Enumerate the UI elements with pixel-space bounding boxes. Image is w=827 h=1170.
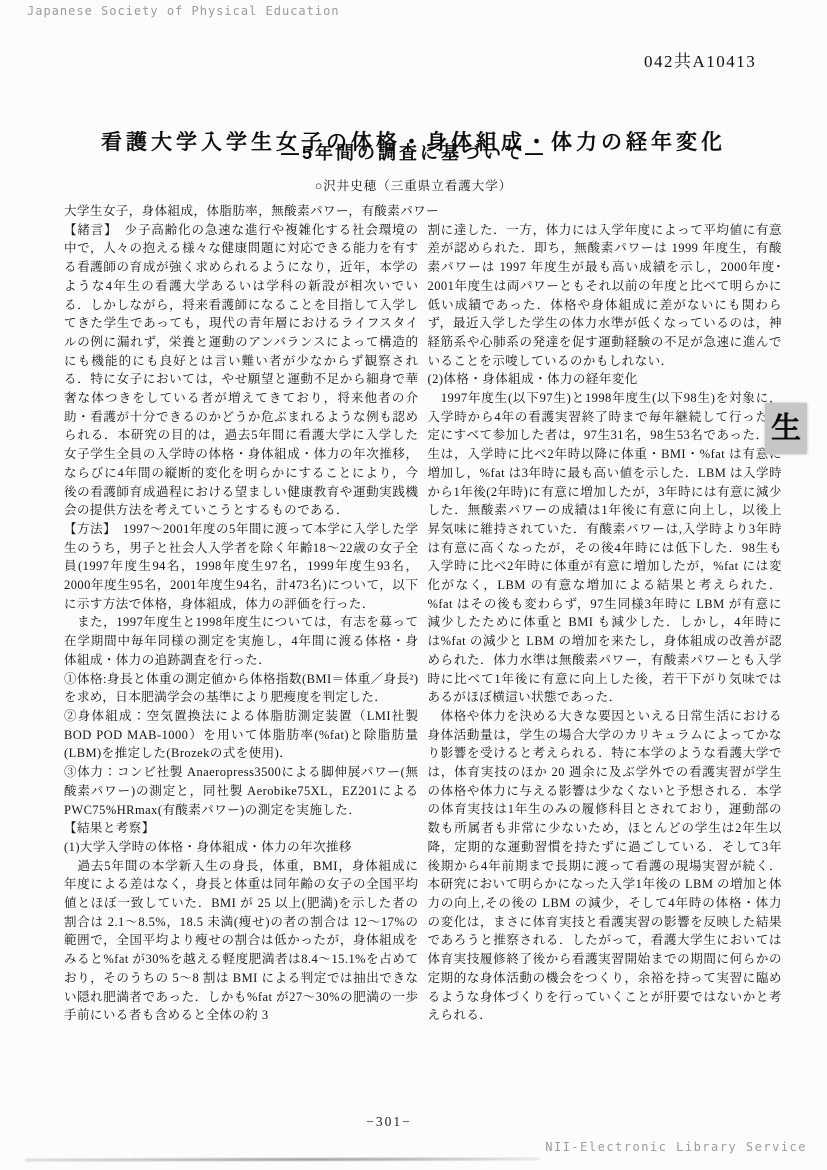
abstract-body: 大学生女子，身体組成，体脂肪率，無酸素パワー，有酸素パワー 【緒言】 少子高齢化… [64, 202, 782, 1025]
document-number: 042共A10413 [644, 47, 756, 72]
index-tab: 生 [765, 403, 807, 454]
scan-smudge [25, 1157, 540, 1161]
paragraph: 【方法】 1997～2001年度の5年間に渡って本学に入学した学生のうち，男子と… [64, 520, 419, 614]
paragraph: ①体格:身長と体重の測定値から体格指数(BMI＝体重／身長²)を求め，日本肥満学… [64, 670, 419, 707]
paragraph: 割に達した．一方，体力には入学年度によって平均値に有意差が認められた．即ち，無酸… [428, 221, 783, 371]
paragraph: 体格や体力を決める大きな要因といえる日常生活における身体活動量は，学生の場合大学… [428, 707, 783, 1025]
left-column-paragraphs: 【緒言】 少子高齢化の急速な進行や複雑化する社会環境の中で，人々の抱える様々な健… [64, 221, 419, 1025]
paragraph: (1)大学入学時の体格・身体組成・体力の年次推移 [64, 838, 419, 857]
paper-subtitle: ―5年間の調査に基づいて― [0, 139, 827, 165]
author-line: ○沢井史穂（三重県立看護大学） [0, 176, 827, 194]
paragraph: また，1997年度生と1998年度生については，有志を募って在学期間中毎年同様の… [64, 613, 419, 669]
paragraph: ②身体組成：空気置換法による体脂肪測定装置（LMI社製 BOD POD MAB-… [64, 707, 419, 763]
paragraph: 【結果と考察】 [64, 819, 419, 838]
paragraph: 【緒言】 少子高齢化の急速な進行や複雑化する社会環境の中で，人々の抱える様々な健… [64, 221, 419, 520]
paragraph: (2)体格・身体組成・体力の経年変化 [428, 370, 783, 389]
paragraph: 過去5年間の本学新入生の身長，体重，BMI，身体組成に年度による差はなく，身長と… [64, 857, 419, 1025]
page-number: −301− [0, 1114, 778, 1130]
library-service-watermark: NII-Electronic Library Service [545, 1140, 807, 1154]
paragraph: 1997年度生(以下97生)と1998年度生(以下98生)を対象に，入学時から4… [428, 389, 783, 707]
right-column: 割に達した．一方，体力には入学年度によって平均値に有意差が認められた．即ち，無酸… [428, 202, 783, 1025]
paragraph: ③体力：コンビ社製 Anaeropress3500による脚伸展パワー(無酸素パワ… [64, 763, 419, 819]
left-column: 大学生女子，身体組成，体脂肪率，無酸素パワー，有酸素パワー 【緒言】 少子高齢化… [64, 202, 419, 1025]
right-column-paragraphs: 割に達した．一方，体力には入学年度によって平均値に有意差が認められた．即ち，無酸… [428, 221, 783, 1025]
index-tab-label: 生 [771, 414, 801, 444]
journal-watermark: Japanese Society of Physical Education [27, 4, 340, 18]
keywords-line: 大学生女子，身体組成，体脂肪率，無酸素パワー，有酸素パワー [64, 202, 419, 221]
